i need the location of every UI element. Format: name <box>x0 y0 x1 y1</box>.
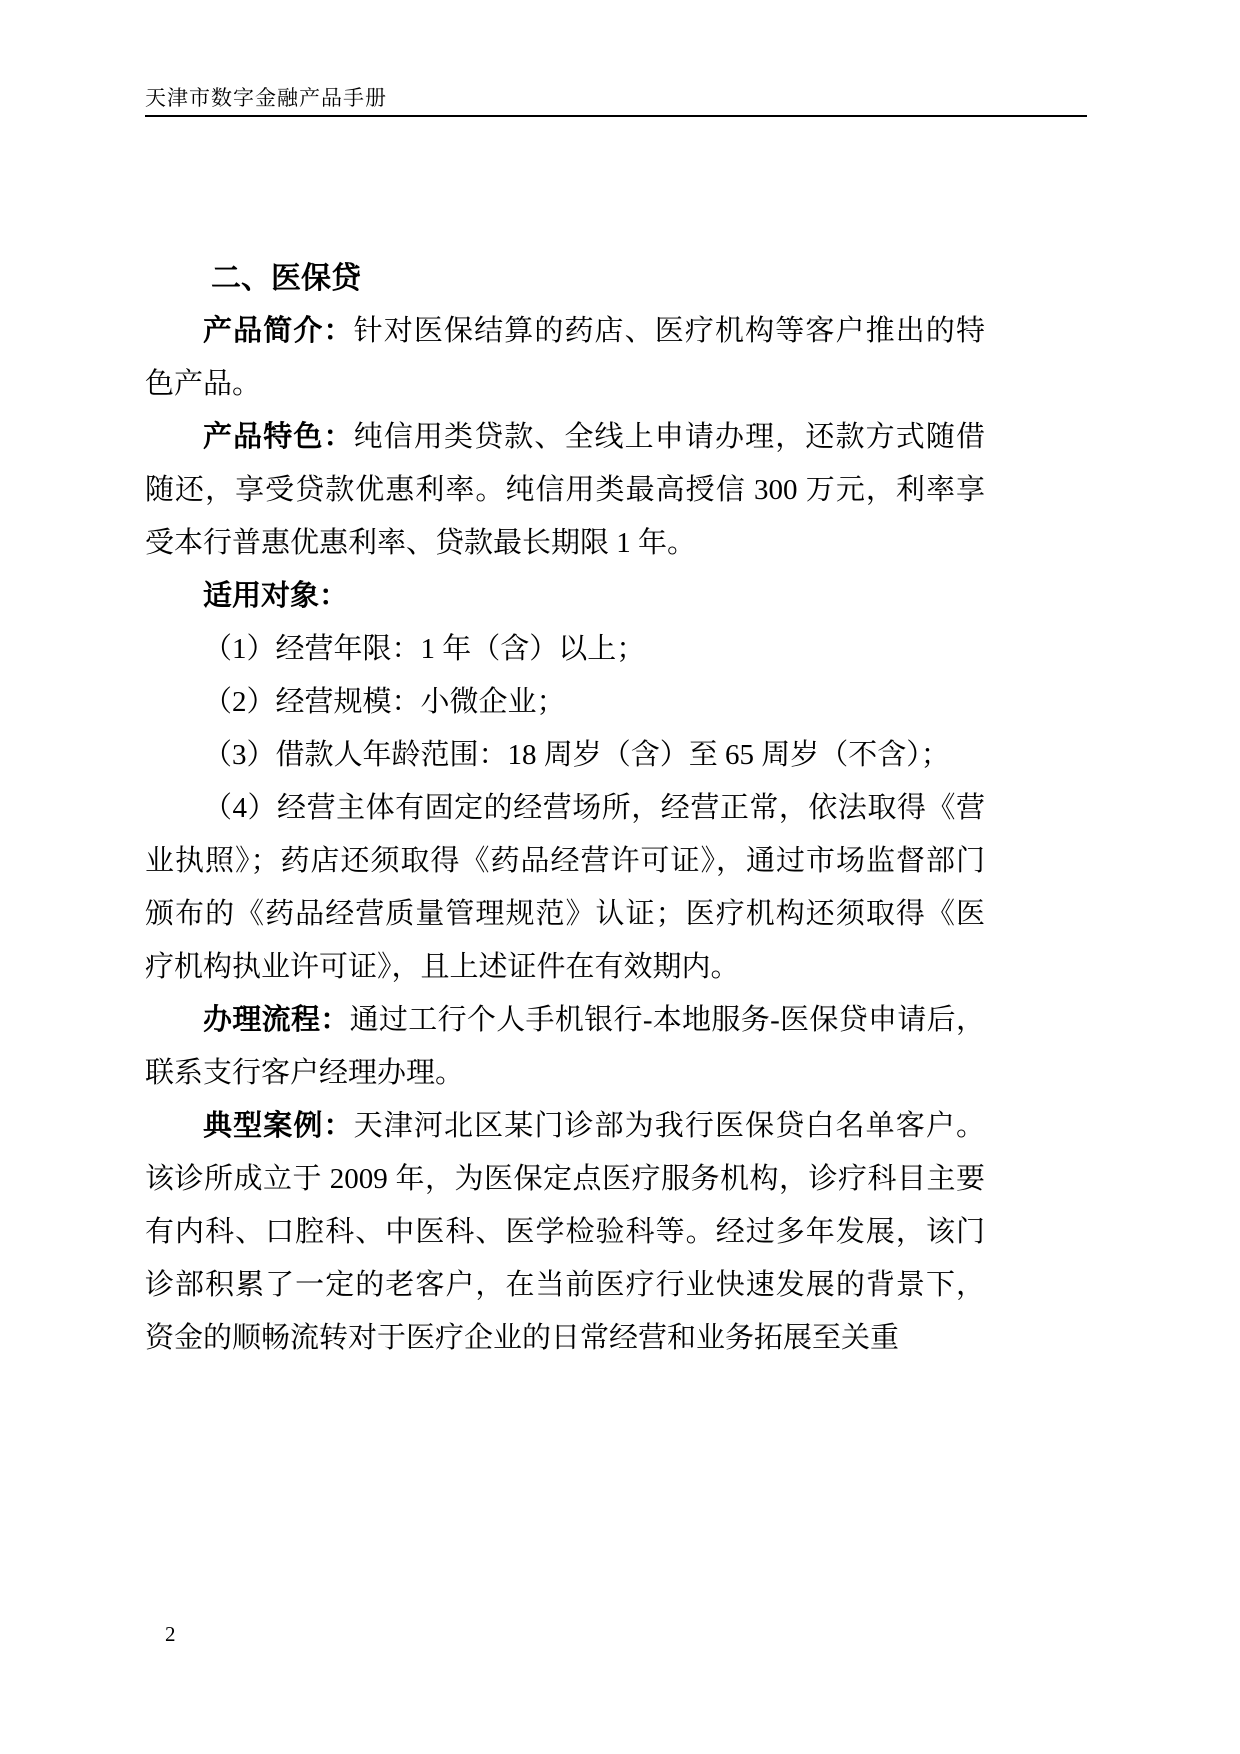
paragraph-product-intro: 产品简介：针对医保结算的药店、医疗机构等客户推出的特色产品。 <box>145 305 985 411</box>
header-divider <box>145 115 1087 117</box>
document-body: 二、医保贷 产品简介：针对医保结算的药店、医疗机构等客户推出的特色产品。 产品特… <box>145 252 985 1365</box>
paragraph-condition-3: （3）借款人年龄范围：18 周岁（含）至 65 周岁（不含）； <box>145 729 985 782</box>
paragraph-target-customers-heading: 适用对象： <box>145 570 985 623</box>
paragraph-label: 适用对象： <box>203 580 348 612</box>
paragraph-text: （3）借款人年龄范围：18 周岁（含）至 65 周岁（不含）； <box>203 739 950 771</box>
paragraph-typical-case: 典型案例：天津河北区某门诊部为我行医保贷白名单客户。该诊所成立于 2009 年，… <box>145 1100 985 1365</box>
paragraph-condition-1: （1）经营年限：1 年（含）以上； <box>145 623 985 676</box>
section-title: 二、医保贷 <box>145 252 985 305</box>
paragraph-text: （4）经营主体有固定的经营场所，经营正常，依法取得《营业执照》；药店还须取得《药… <box>145 792 985 983</box>
paragraph-label: 办理流程： <box>203 1004 350 1036</box>
page-number: 2 <box>165 1622 176 1647</box>
paragraph-condition-2: （2）经营规模：小微企业； <box>145 676 985 729</box>
paragraph-text: （2）经营规模：小微企业； <box>203 686 566 718</box>
header-title: 天津市数字金融产品手册 <box>145 82 387 112</box>
paragraph-label: 产品特色： <box>203 421 354 453</box>
paragraph-text: 天津河北区某门诊部为我行医保贷白名单客户。该诊所成立于 2009 年，为医保定点… <box>145 1110 985 1354</box>
paragraph-application-process: 办理流程：通过工行个人手机银行-本地服务-医保贷申请后，联系支行客户经理办理。 <box>145 994 985 1100</box>
paragraph-product-features: 产品特色：纯信用类贷款、全线上申请办理，还款方式随借随还，享受贷款优惠利率。纯信… <box>145 411 985 570</box>
paragraph-condition-4: （4）经营主体有固定的经营场所，经营正常，依法取得《营业执照》；药店还须取得《药… <box>145 782 985 994</box>
paragraph-label: 典型案例： <box>203 1110 354 1142</box>
document-page: 天津市数字金融产品手册 二、医保贷 产品简介：针对医保结算的药店、医疗机构等客户… <box>0 0 1240 1754</box>
paragraph-text: （1）经营年限：1 年（含）以上； <box>203 633 645 665</box>
paragraph-label: 产品简介： <box>203 315 354 347</box>
